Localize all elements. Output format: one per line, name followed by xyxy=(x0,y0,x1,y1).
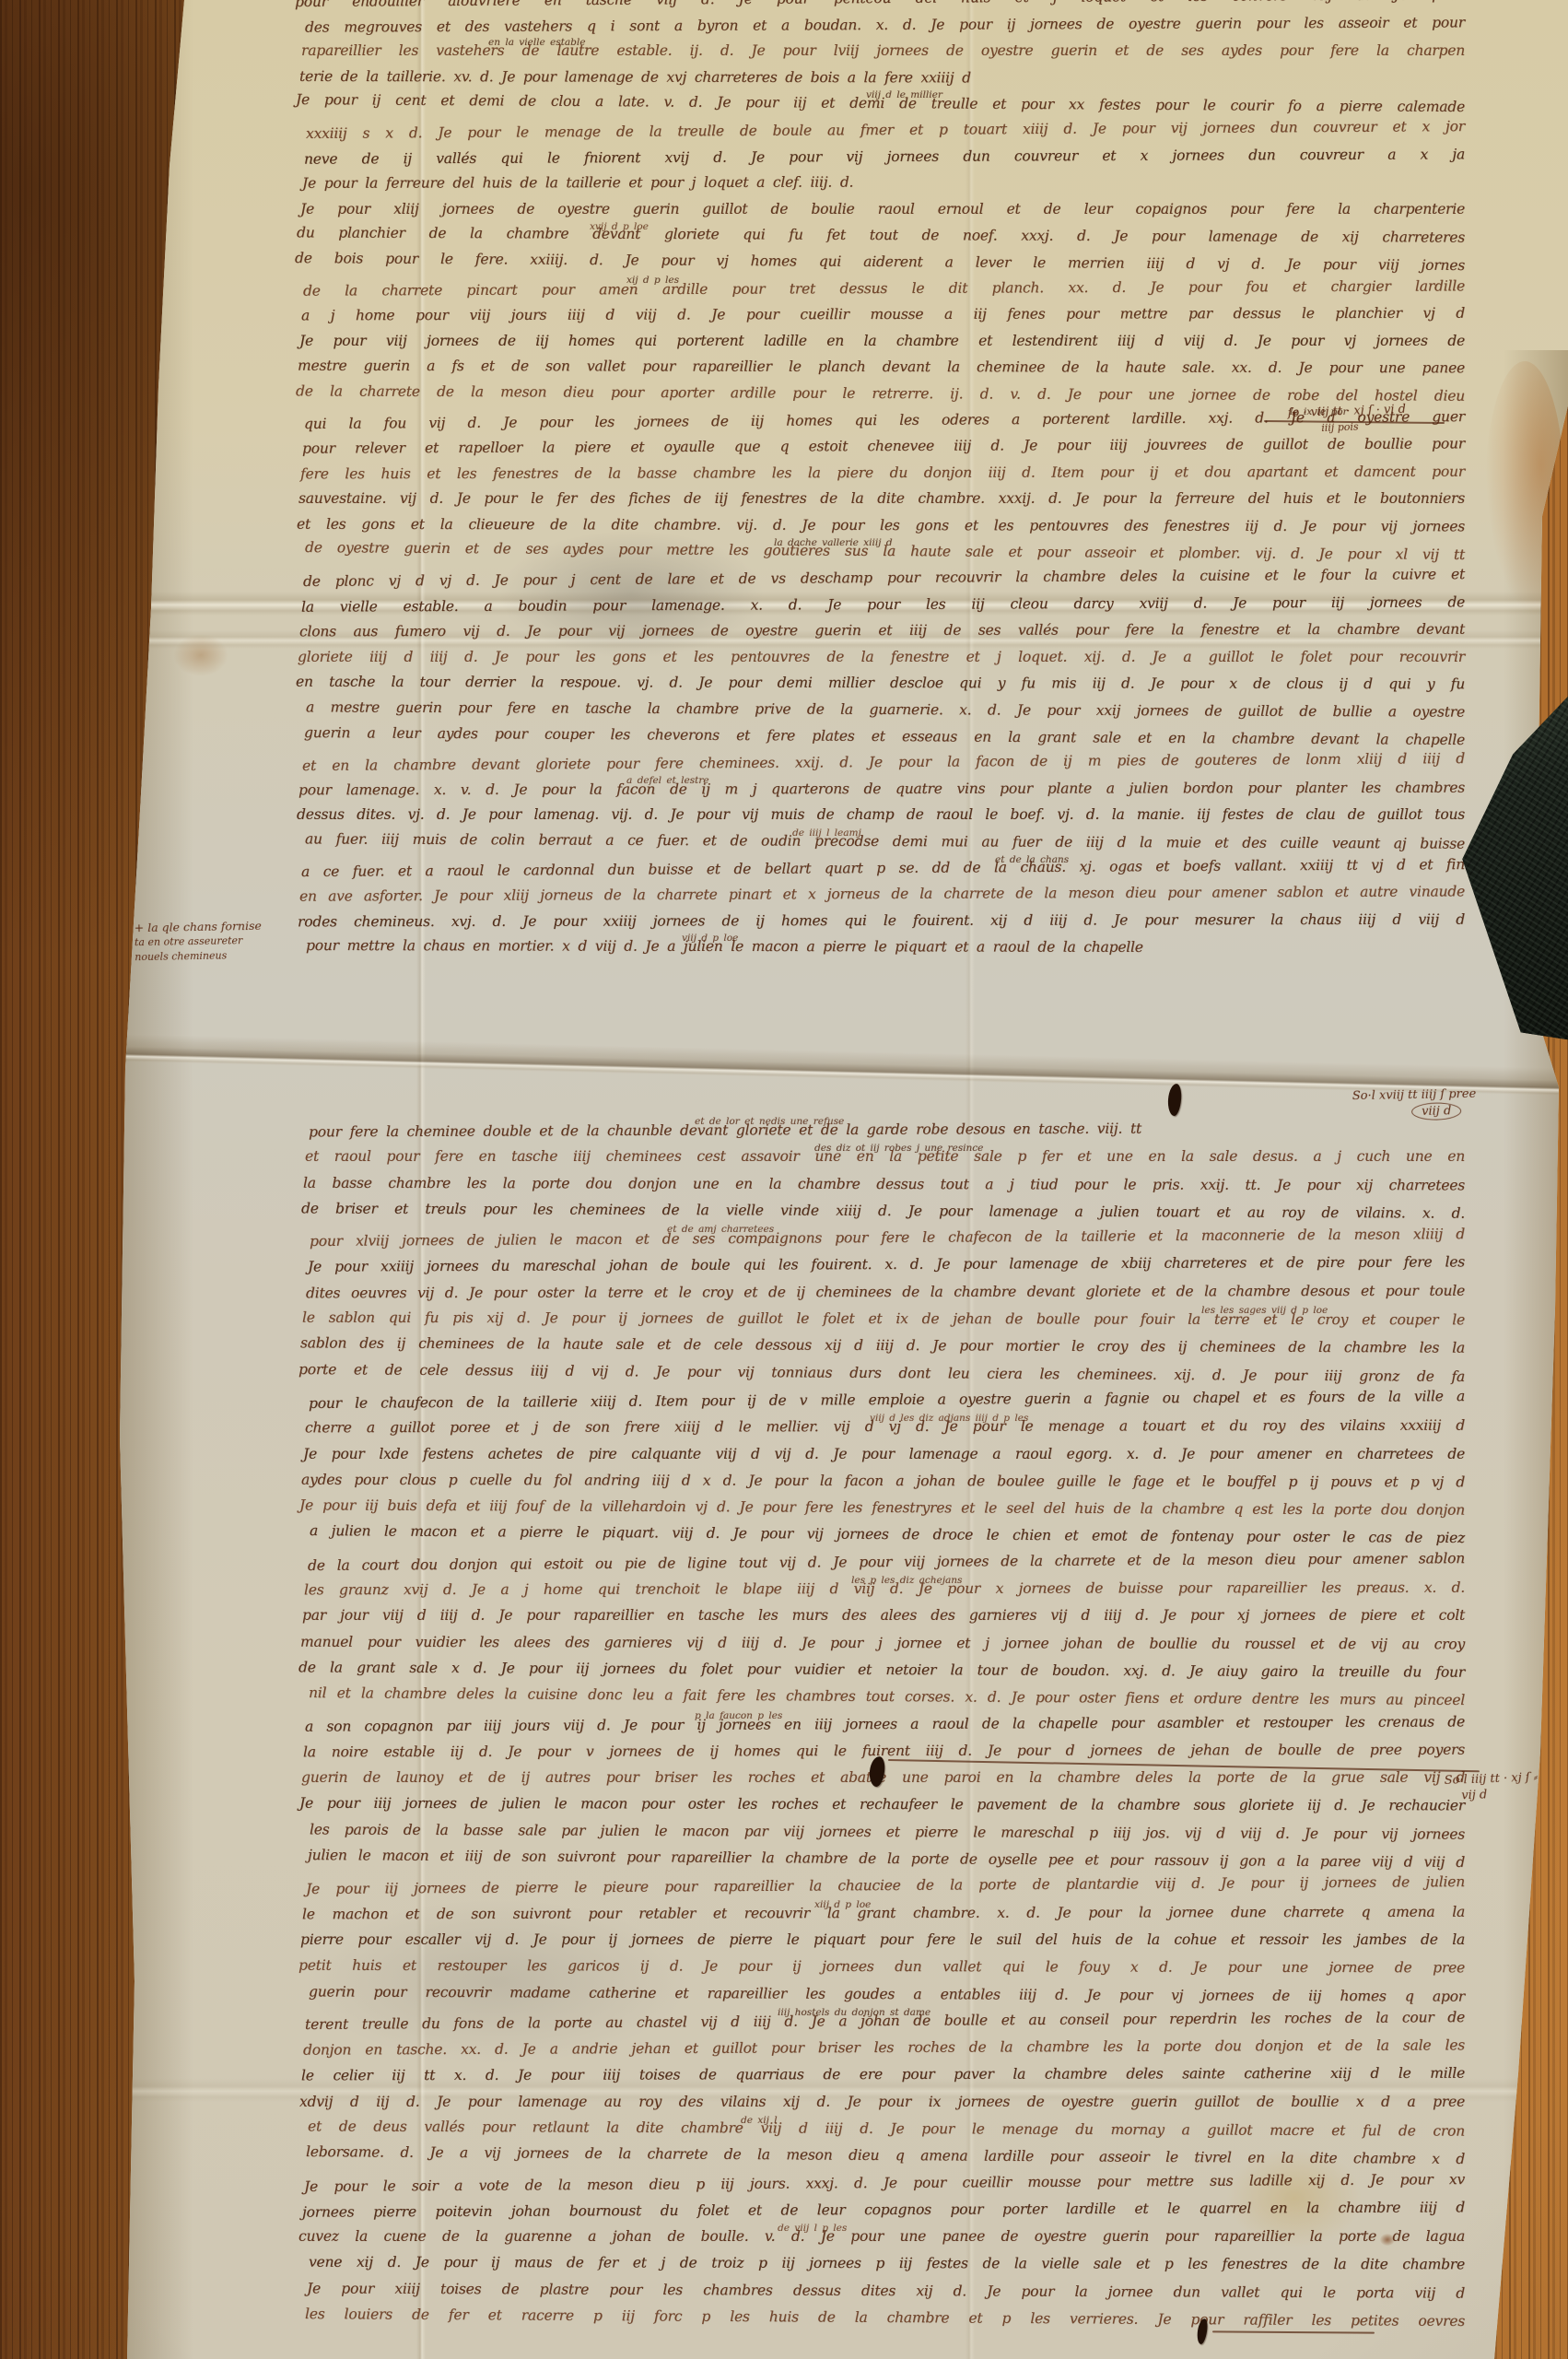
bottom-membrane-text: et de lor et nedis une refusepour fere l… xyxy=(298,1117,1465,2331)
manuscript-line: manuel pour vuidier les alees des garnie… xyxy=(300,1628,1465,1658)
right-margin-sum-note: So·l xviij tt iiij ſ pree viij d xyxy=(1352,1086,1477,1121)
manuscript-line: sauvestaine. vij d. Je pour le fer des f… xyxy=(298,486,1465,512)
manuscript-line: Je pour la ferreure del huis de la taill… xyxy=(302,169,1027,196)
manuscript-line: Je pour iij jornees de pierre le pieure … xyxy=(306,1869,1465,1903)
brown-spot xyxy=(173,634,228,676)
manuscript-line: donjon en tasche. xx. d. Je a andrie jeh… xyxy=(303,2032,1465,2064)
manuscript-line: rapareillier les vastehers de lautre est… xyxy=(301,38,1465,65)
manuscript-line: vene xij d. Je pour ij maus de fer et j … xyxy=(309,2249,1465,2279)
left-margin-note: + la qle chans fornise ta en otre asseur… xyxy=(135,919,263,965)
manuscript-line: xdvij d iij d. Je pour lamenage au roy d… xyxy=(299,2089,1465,2116)
circled-amount: viij d xyxy=(1411,1102,1461,1121)
manuscript-line: mestre guerin a fs et de son vallet pour… xyxy=(298,353,1465,381)
manuscript-line: la basse chambre les la porte dou donjon… xyxy=(303,1169,1465,1199)
manuscript-line: Je pour xliij jornees de oyestre guerin … xyxy=(300,196,1465,223)
manuscript-line: clons aus fumero vij d. Je pour vij jorn… xyxy=(299,616,1465,645)
manuscript-line: aydes pour clous p cuelle du fol andring… xyxy=(301,1467,1465,1496)
manuscript-line: le sablon qui fu pis xij d. Je pour ij j… xyxy=(302,1305,1465,1334)
sum-line: vij d xyxy=(1461,1787,1488,1803)
manuscript-line: Je pour iiij jornees de julien le macon … xyxy=(299,1790,1465,1820)
paraph-mark xyxy=(1167,1084,1182,1117)
manuscript-line: petit huis et restouper les garicos ij d… xyxy=(298,1953,1465,1982)
manuscript-line: et raoul pour fere en tasche iiij chemin… xyxy=(305,1144,1465,1170)
manuscript-line: fere les huis et les fenestres de la bas… xyxy=(300,458,1465,487)
manuscript-line: le machon et de son suivront pour retabl… xyxy=(302,1898,1465,1928)
manuscript-line: pour lamenage. x. v. d. Je pour la facon… xyxy=(298,774,1465,803)
membrane-seam xyxy=(118,1034,1568,1096)
manuscript-line: dites oeuvres vij d. Je pour oster la te… xyxy=(306,1277,1465,1307)
manuscript-line: gloriete iiij d iiij d. Je pour les gons… xyxy=(298,644,1465,671)
manuscript-line: Je pour viij jornees de iij homes qui po… xyxy=(299,328,1465,355)
manuscript-line: a j home pour viij jours iiij d viij d. … xyxy=(301,300,1465,329)
manuscript-line: en tasche la tour derrier la respoue. vj… xyxy=(296,669,1465,698)
manuscript-line: les graunz xvij d. Je a j home qui trenc… xyxy=(304,1575,1465,1604)
parchment-roll: pour endoullier alouvriere en tasche vii… xyxy=(0,0,1568,2359)
manuscript-line: la vielle estable. a boudin pour lamenag… xyxy=(301,589,1465,620)
manuscript-line: Je pour xxiiij jornees du mareschal joha… xyxy=(308,1250,1465,1282)
manuscript-line: pierre pour escaller vij d. Je pour ij j… xyxy=(300,1927,1465,1954)
manuscript-line: jornees pierre poitevin johan bournoust … xyxy=(302,2194,1465,2226)
manuscript-line: le celier iij tt x. d. Je pour iiij tois… xyxy=(301,2060,1465,2090)
margin-note-line: + la qle chans fornise xyxy=(135,919,262,935)
manuscript-line: rodes chemineus. xvj. d. Je pour xxiiij … xyxy=(298,906,1465,934)
manuscript-line: pour mettre la chaus en mortier. x d vii… xyxy=(306,933,1219,961)
manuscript-photo: pour endoullier alouvriere en tasche vii… xyxy=(0,0,1568,2359)
manuscript-line: Je pour lxde festens achetes de pire cal… xyxy=(303,1441,1465,1468)
right-margin-sum-note: So·l iiij tt · xj ſ ⸗ d vij d xyxy=(1444,1769,1550,1804)
right-margin-sum-note: ſo · viij tt · xj ſ · vi d iiij pois xyxy=(1287,402,1406,437)
manuscript-line: pour fere la cheminee double et de la ch… xyxy=(309,1115,1359,1146)
manuscript-line: par jour viij d iiij d. Je pour rapareil… xyxy=(302,1602,1465,1629)
manuscript-line: cuvez la cuene de la guarenne a johan de… xyxy=(298,2224,1465,2250)
manuscript-line: de la charrete pincart pour amen ardille… xyxy=(303,273,1465,304)
margin-note-line: nouels chemineus xyxy=(135,948,262,965)
manuscript-line: cherre a guillot poree et j de son frere… xyxy=(305,1413,1465,1442)
manuscript-line: dessus dites. vj. d. Je pour lamenag. vi… xyxy=(297,802,1465,828)
manuscript-line: des megrouves et des vastehers q i sont … xyxy=(305,9,1465,41)
manuscript-line: en ave asforter. Je pour xliij jorneus d… xyxy=(299,879,1465,910)
manuscript-line: neve de ij vallés qui le fniorent xvij d… xyxy=(304,141,1465,172)
top-membrane-text: pour endoullier alouvriere en tasche vii… xyxy=(295,0,1465,960)
manuscript-line: a son copagnon par iiij jours viij d. Je… xyxy=(305,1708,1465,1741)
